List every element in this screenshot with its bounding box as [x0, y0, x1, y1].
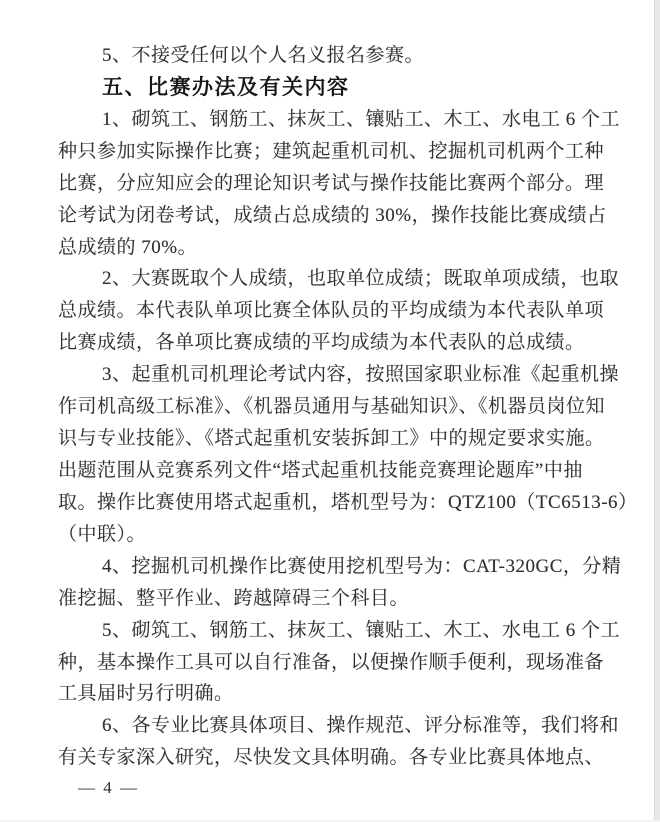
text-line: 3、起重机司机理论考试内容，按照国家职业标准《起重机操	[58, 359, 586, 391]
text-line: 1、砌筑工、钢筋工、抹灰工、镶贴工、木工、水电工 6 个工	[58, 104, 586, 136]
text-line: 论考试为闭卷考试，成绩占总成绩的 30%，操作技能比赛成绩占	[58, 200, 586, 232]
scan-edge-right	[654, 0, 660, 822]
text-line: 6、各专业比赛具体项目、操作规范、评分标准等，我们将和	[58, 710, 586, 742]
text-line: 总成绩。本代表队单项比赛全体队员的平均成绩为本代表队单项	[58, 295, 586, 327]
section-heading: 五、比赛办法及有关内容	[58, 72, 586, 104]
document-page: 5、不接受任何以个人名义报名参赛。五、比赛办法及有关内容1、砌筑工、钢筋工、抹灰…	[0, 0, 660, 822]
text-line: 比赛，分应知应会的理论知识考试与操作技能比赛两个部分。理	[58, 168, 586, 200]
text-line: 识与专业技能》、《塔式起重机安装拆卸工》中的规定要求实施。	[58, 423, 586, 455]
text-line: 作司机高级工标准》、《机器员通用与基础知识》、《机器员岗位知	[58, 391, 586, 423]
text-line: 4、挖掘机司机操作比赛使用挖机型号为：CAT-320GC，分精	[58, 551, 586, 583]
text-line: 工具届时另行明确。	[58, 678, 586, 710]
text-line: 比赛成绩，各单项比赛成绩的平均成绩为本代表队的总成绩。	[58, 327, 586, 359]
text-line: 5、砌筑工、钢筋工、抹灰工、镶贴工、木工、水电工 6 个工	[58, 615, 586, 647]
document-body: 5、不接受任何以个人名义报名参赛。五、比赛办法及有关内容1、砌筑工、钢筋工、抹灰…	[58, 40, 586, 774]
text-line: （中联）。	[58, 519, 586, 551]
text-line: 种，基本操作工具可以自行准备，以便操作顺手便利，现场准备	[58, 647, 586, 679]
text-line: 有关专家深入研究，尽快发文具体明确。各专业比赛具体地点、	[58, 742, 586, 774]
text-line: 出题范围从竞赛系列文件“塔式起重机技能竞赛理论题库”中抽	[58, 455, 586, 487]
text-line: 取。操作比赛使用塔式起重机，塔机型号为：QTZ100（TC6513-6）	[58, 487, 586, 519]
text-line: 总成绩的 70%。	[58, 232, 586, 264]
text-line: 2、大赛既取个人成绩，也取单位成绩；既取单项成绩，也取	[58, 263, 586, 295]
text-line: 准挖掘、整平作业、跨越障碍三个科目。	[58, 583, 586, 615]
page-number: — 4 —	[78, 778, 139, 798]
text-line: 种只参加实际操作比赛；建筑起重机司机、挖掘机司机两个工种	[58, 136, 586, 168]
text-line: 5、不接受任何以个人名义报名参赛。	[58, 40, 586, 72]
